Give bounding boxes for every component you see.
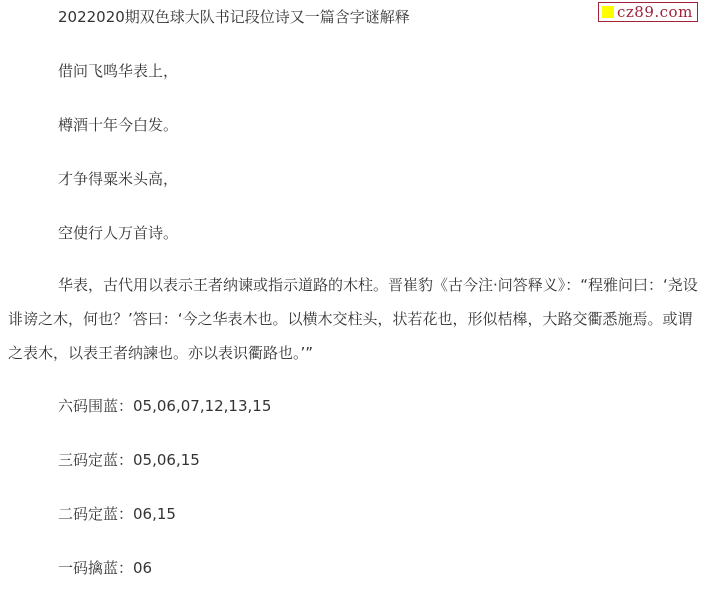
prediction-label: 一码擒蓝： — [58, 559, 133, 577]
poem-line-3: 才争得粟米头高， — [58, 169, 178, 189]
prediction-value: 05,06,07,12,13,15 — [133, 397, 271, 415]
prediction-value: 05,06,15 — [133, 451, 200, 469]
watermark-text: cz89.com — [617, 3, 693, 21]
poem-line-4: 空使行人万首诗。 — [58, 223, 178, 243]
prediction-one-blue: 一码擒蓝：06 — [58, 558, 152, 578]
prediction-label: 二码定蓝： — [58, 505, 133, 523]
prediction-six-blue: 六码围蓝：05,06,07,12,13,15 — [58, 396, 271, 416]
prediction-value: 06 — [133, 559, 152, 577]
prediction-two-blue: 二码定蓝：06,15 — [58, 504, 176, 524]
prediction-label: 六码围蓝： — [58, 397, 133, 415]
prediction-value: 06,15 — [133, 505, 176, 523]
site-watermark: cz89.com — [598, 2, 698, 22]
prediction-label: 三码定蓝： — [58, 451, 133, 469]
prediction-three-blue: 三码定蓝：05,06,15 — [58, 450, 200, 470]
yellow-square-icon — [602, 6, 614, 18]
article-title: 2022020期双色球大队书记段位诗又一篇含字谜解释 — [58, 7, 410, 27]
explanation-paragraph: 华表，古代用以表示王者纳谏或指示道路的木柱。晋崔豹《古今注·问答释义》：“程雅问… — [8, 268, 698, 370]
poem-line-1: 借问飞鸣华表上， — [58, 61, 178, 81]
poem-line-2: 樽酒十年今白发。 — [58, 115, 178, 135]
explanation-text: 华表，古代用以表示王者纳谏或指示道路的木柱。晋崔豹《古今注·问答释义》：“程雅问… — [8, 276, 698, 362]
